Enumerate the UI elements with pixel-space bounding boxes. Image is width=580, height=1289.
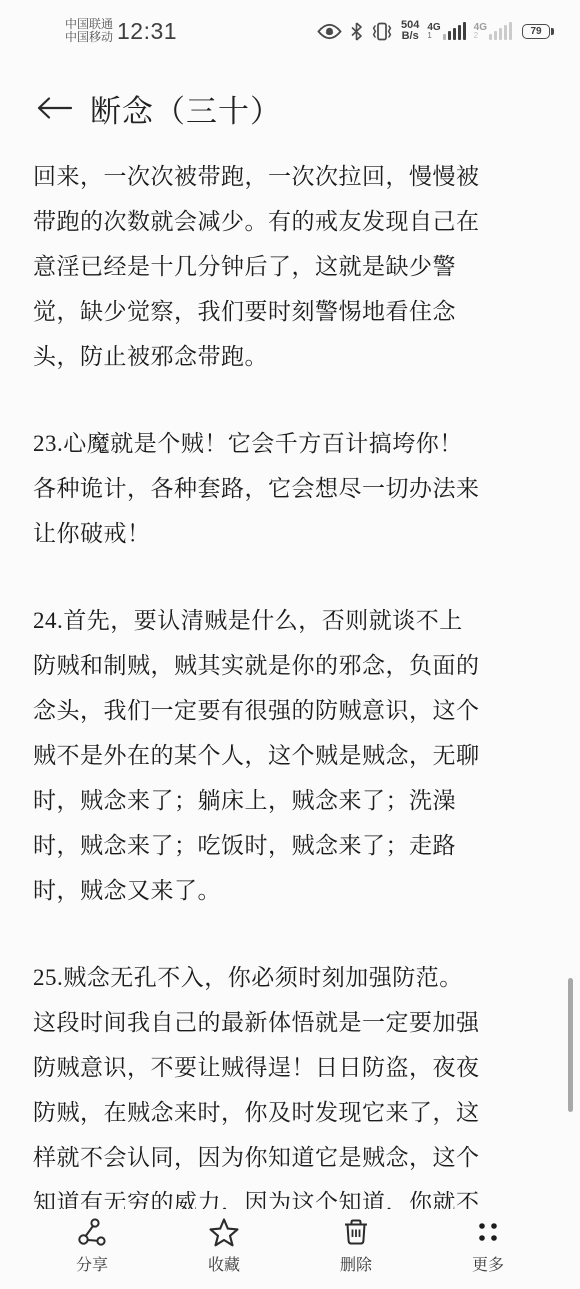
text-line: 让你破戒！ xyxy=(33,511,480,556)
network-speed-unit: B/s xyxy=(402,31,419,42)
share-icon xyxy=(75,1215,109,1249)
text-line: 各种诡计，各种套路，它会想尽一切办法来 xyxy=(33,466,480,511)
battery-percent: 79 xyxy=(522,24,550,39)
text-line: 意淫已经是十几分钟后了，这就是缺少警 xyxy=(33,244,480,289)
clock: 12:31 xyxy=(117,18,177,45)
battery-indicator: 79 xyxy=(522,24,554,39)
text-line: 防贼，在贼念来时，你及时发现它来了，这 xyxy=(33,1090,480,1135)
text-line: 防贼意识，不要让贼得逞！日日防盗，夜夜 xyxy=(33,1045,480,1090)
back-button[interactable] xyxy=(35,94,73,122)
text-line: 23.心魔就是个贼！它会千方百计搞垮你！ xyxy=(33,421,480,466)
text-line: 时，贼念来了；躺床上，贼念来了；洗澡 xyxy=(33,778,480,823)
text-line: 这段时间我自己的最新体悟就是一定要加强 xyxy=(33,1000,480,1045)
bluetooth-icon xyxy=(350,22,363,41)
text-line: 防贼和制贼，贼其实就是你的邪念，负面的 xyxy=(33,643,480,688)
text-line: 知道有无穷的威力，因为这个知道，你就不 xyxy=(33,1180,480,1209)
trash-icon xyxy=(340,1215,372,1249)
bottom-toolbar: 分享 收藏 删除 xyxy=(0,1209,580,1289)
title-bar: 断念（三十） xyxy=(0,62,580,154)
favorite-label: 收藏 xyxy=(208,1252,240,1275)
text-line: 时，贼念又来了。 xyxy=(33,868,480,913)
text-line: 念头，我们一定要有很强的防贼意识，这个 xyxy=(33,688,480,733)
text-line: 时，贼念来了；吃饭时，贼念来了；走路 xyxy=(33,823,480,868)
text-line: 贼不是外在的某个人，这个贼是贼念，无聊 xyxy=(33,733,480,778)
paragraph: 25.贼念无孔不入，你必须时刻加强防范。这段时间我自己的最新体悟就是一定要加强防… xyxy=(33,955,480,1209)
paragraph: 23.心魔就是个贼！它会千方百计搞垮你！各种诡计，各种套路，它会想尽一切办法来让… xyxy=(33,421,480,556)
scrollbar-thumb[interactable] xyxy=(568,978,573,1112)
back-arrow-icon xyxy=(35,94,73,122)
carrier-labels: 中国联通 中国移动 xyxy=(65,18,113,44)
text-line: 25.贼念无孔不入，你必须时刻加强防范。 xyxy=(33,955,480,1000)
favorite-button[interactable]: 收藏 xyxy=(158,1215,290,1275)
text-line: 24.首先，要认清贼是什么，否则就谈不上 xyxy=(33,598,480,643)
carrier-line2: 中国移动 xyxy=(65,31,113,44)
more-icon xyxy=(474,1215,502,1249)
more-label: 更多 xyxy=(472,1252,504,1275)
battery-nub xyxy=(551,28,554,35)
screen: 中国联通 中国移动 12:31 xyxy=(0,0,580,1289)
text-line: 回来，一次次被带跑，一次次拉回，慢慢被 xyxy=(33,154,480,199)
share-label: 分享 xyxy=(76,1252,108,1275)
more-button[interactable]: 更多 xyxy=(422,1215,554,1275)
delete-button[interactable]: 删除 xyxy=(290,1215,422,1275)
status-icons: 504 B/s 4G 1 4G 2 xyxy=(317,20,554,42)
text-line: 头，防止被邪念带跑。 xyxy=(33,334,480,379)
share-button[interactable]: 分享 xyxy=(26,1215,158,1275)
document-text: 回来，一次次被带跑，一次次拉回，慢慢被带跑的次数就会减少。有的戒友发现自己在意淫… xyxy=(0,154,580,1209)
vibrate-icon xyxy=(371,22,393,41)
page-title: 断念（三十） xyxy=(90,86,282,131)
paragraph: 24.首先，要认清贼是什么，否则就谈不上防贼和制贼，贼其实就是你的邪念，负面的念… xyxy=(33,598,480,913)
delete-label: 删除 xyxy=(340,1252,372,1275)
status-bar: 中国联通 中国移动 12:31 xyxy=(0,0,580,62)
sim2-signal-bars xyxy=(489,22,512,40)
text-line: 样就不会认同，因为你知道它是贼念，这个 xyxy=(33,1135,480,1180)
eye-comfort-icon xyxy=(317,23,342,40)
text-line: 觉，缺少觉察，我们要时刻警惕地看住念 xyxy=(33,289,480,334)
network-speed: 504 B/s xyxy=(401,20,419,42)
paragraph: 回来，一次次被带跑，一次次拉回，慢慢被带跑的次数就会减少。有的戒友发现自己在意淫… xyxy=(33,154,480,379)
sim2-signal: 4G 2 xyxy=(474,22,512,40)
sim1-signal-bars xyxy=(443,22,466,40)
sim1-signal: 4G 1 xyxy=(427,22,465,40)
star-icon xyxy=(206,1215,242,1249)
text-line: 带跑的次数就会减少。有的戒友发现自己在 xyxy=(33,199,480,244)
